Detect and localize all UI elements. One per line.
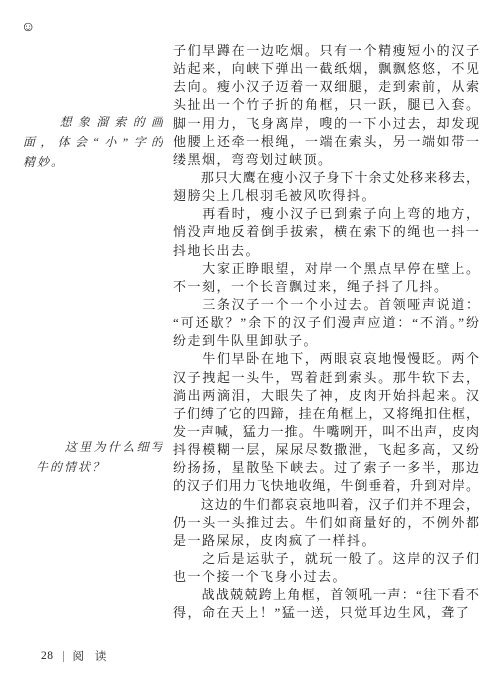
body-text-line: 翅膀尖上几根羽毛被风吹得抖。	[173, 187, 479, 205]
body-text-line: “可还歇？”余下的汉子们漫声应道：“不消。”纷	[173, 314, 479, 332]
body-text-line: 抖得模糊一层，屎尿尽数撒泄，飞起多高，又纷	[173, 441, 479, 459]
margin-note-line: 牛的情状？	[36, 457, 163, 477]
section-label: 阅 读	[73, 648, 111, 664]
margin-note-line: 这里为什么细写	[36, 437, 163, 457]
footer-divider	[63, 651, 64, 662]
body-text-line: 汉子拽起一头牛，骂着赶到索头。那牛软下去，	[173, 369, 479, 387]
body-text-line: 再看时，瘦小汉子已到索子向上弯的地方，	[173, 205, 479, 223]
page-footer: 28 阅 读	[41, 648, 110, 664]
page-number: 28	[41, 650, 54, 662]
margin-note-line: 精妙。	[23, 152, 163, 172]
body-text-line: 是一路屎尿，皮肉疯了一样抖。	[173, 532, 479, 550]
body-text-line: 大家正睁眼望，对岸一个黑点早停在壁上。	[173, 260, 479, 278]
margin-note-why-describe-cattle: 这里为什么细写牛的情状？	[36, 437, 163, 477]
margin-note-visualize-crossing: 想象溜索的画面，体会“小”字的精妙。	[23, 112, 163, 172]
body-text-line: 去向。瘦小汉子迈着一双细腿，走到索前，从索	[173, 78, 479, 96]
body-text-column: 子们早蹲在一边吃烟。只有一个精瘦短小的汉子站起来，向峡下弹出一截纸烟，飘飘悠悠，…	[173, 42, 479, 623]
margin-note-line: 面，体会“小”字的	[23, 132, 163, 152]
body-text-line: 得，命在天上！”猛一送，只觉耳边生风，聋了	[173, 604, 479, 622]
body-text-line: 之后是运驮子，就玩一般了。这岸的汉子们	[173, 550, 479, 568]
body-text-line: 的汉子们用力飞快地收绳，牛倒垂着，升到对岸。	[173, 477, 479, 495]
margin-note-line: 想象溜索的画	[23, 112, 163, 132]
body-text-line: 纷走到牛队里卸驮子。	[173, 332, 479, 350]
textbook-page: { "page": { "corner_icon": { "name": "sm…	[0, 0, 500, 673]
body-text-line: 子们早蹲在一边吃烟。只有一个精瘦短小的汉子	[173, 42, 479, 60]
body-text-line: 子们缚了它的四蹄，挂在角框上，又将绳扣住框，	[173, 405, 479, 423]
body-text-line: 淌出两滴泪，大眼失了神，皮肉开始抖起来。汉	[173, 387, 479, 405]
body-text-line: 战战兢兢跨上角框，首领吼一声：“往下看不	[173, 586, 479, 604]
body-text-line: 也一个接一个飞身小过去。	[173, 568, 479, 586]
body-text-line: 悄没声地反着倒手拔索，横在索下的绳也一抖一	[173, 223, 479, 241]
body-text-line: 脚一用力，飞身离岸，嗖的一下小过去，却发现	[173, 115, 479, 133]
body-text-line: 仍一头一头推过去。牛们如商量好的，不例外都	[173, 514, 479, 532]
body-text-line: 不一刻，一个长音飘过来，绳子抖了几抖。	[173, 278, 479, 296]
body-text-line: 头扯出一个竹子折的角框，只一跃，腿已入套。	[173, 96, 479, 114]
body-text-line: 他腰上还牵一根绳，一端在索头，另一端如带一	[173, 133, 479, 151]
body-text-line: 发一声喊，猛力一推。牛嘴咧开，叫不出声，皮肉	[173, 423, 479, 441]
body-text-line: 站起来，向峡下弹出一截纸烟，飘飘悠悠，不见	[173, 60, 479, 78]
body-text-line: 纷扬扬，星散坠下峡去。过了索子一多半，那边	[173, 459, 479, 477]
body-text-line: 三条汉子一个一个小过去。首领哑声说道：	[173, 296, 479, 314]
body-text-line: 牛们早卧在地下，两眼哀哀地慢慢眨。两个	[173, 350, 479, 368]
smiley-icon: ☺	[21, 21, 35, 35]
body-text-line: 那只大鹰在瘦小汉子身下十余丈处移来移去，	[173, 169, 479, 187]
body-text-line: 这边的牛们都哀哀地叫着，汉子们并不理会，	[173, 496, 479, 514]
body-text-line: 抖地长出去。	[173, 242, 479, 260]
body-text-line: 缕黑烟，弯弯划过峡顶。	[173, 151, 479, 169]
